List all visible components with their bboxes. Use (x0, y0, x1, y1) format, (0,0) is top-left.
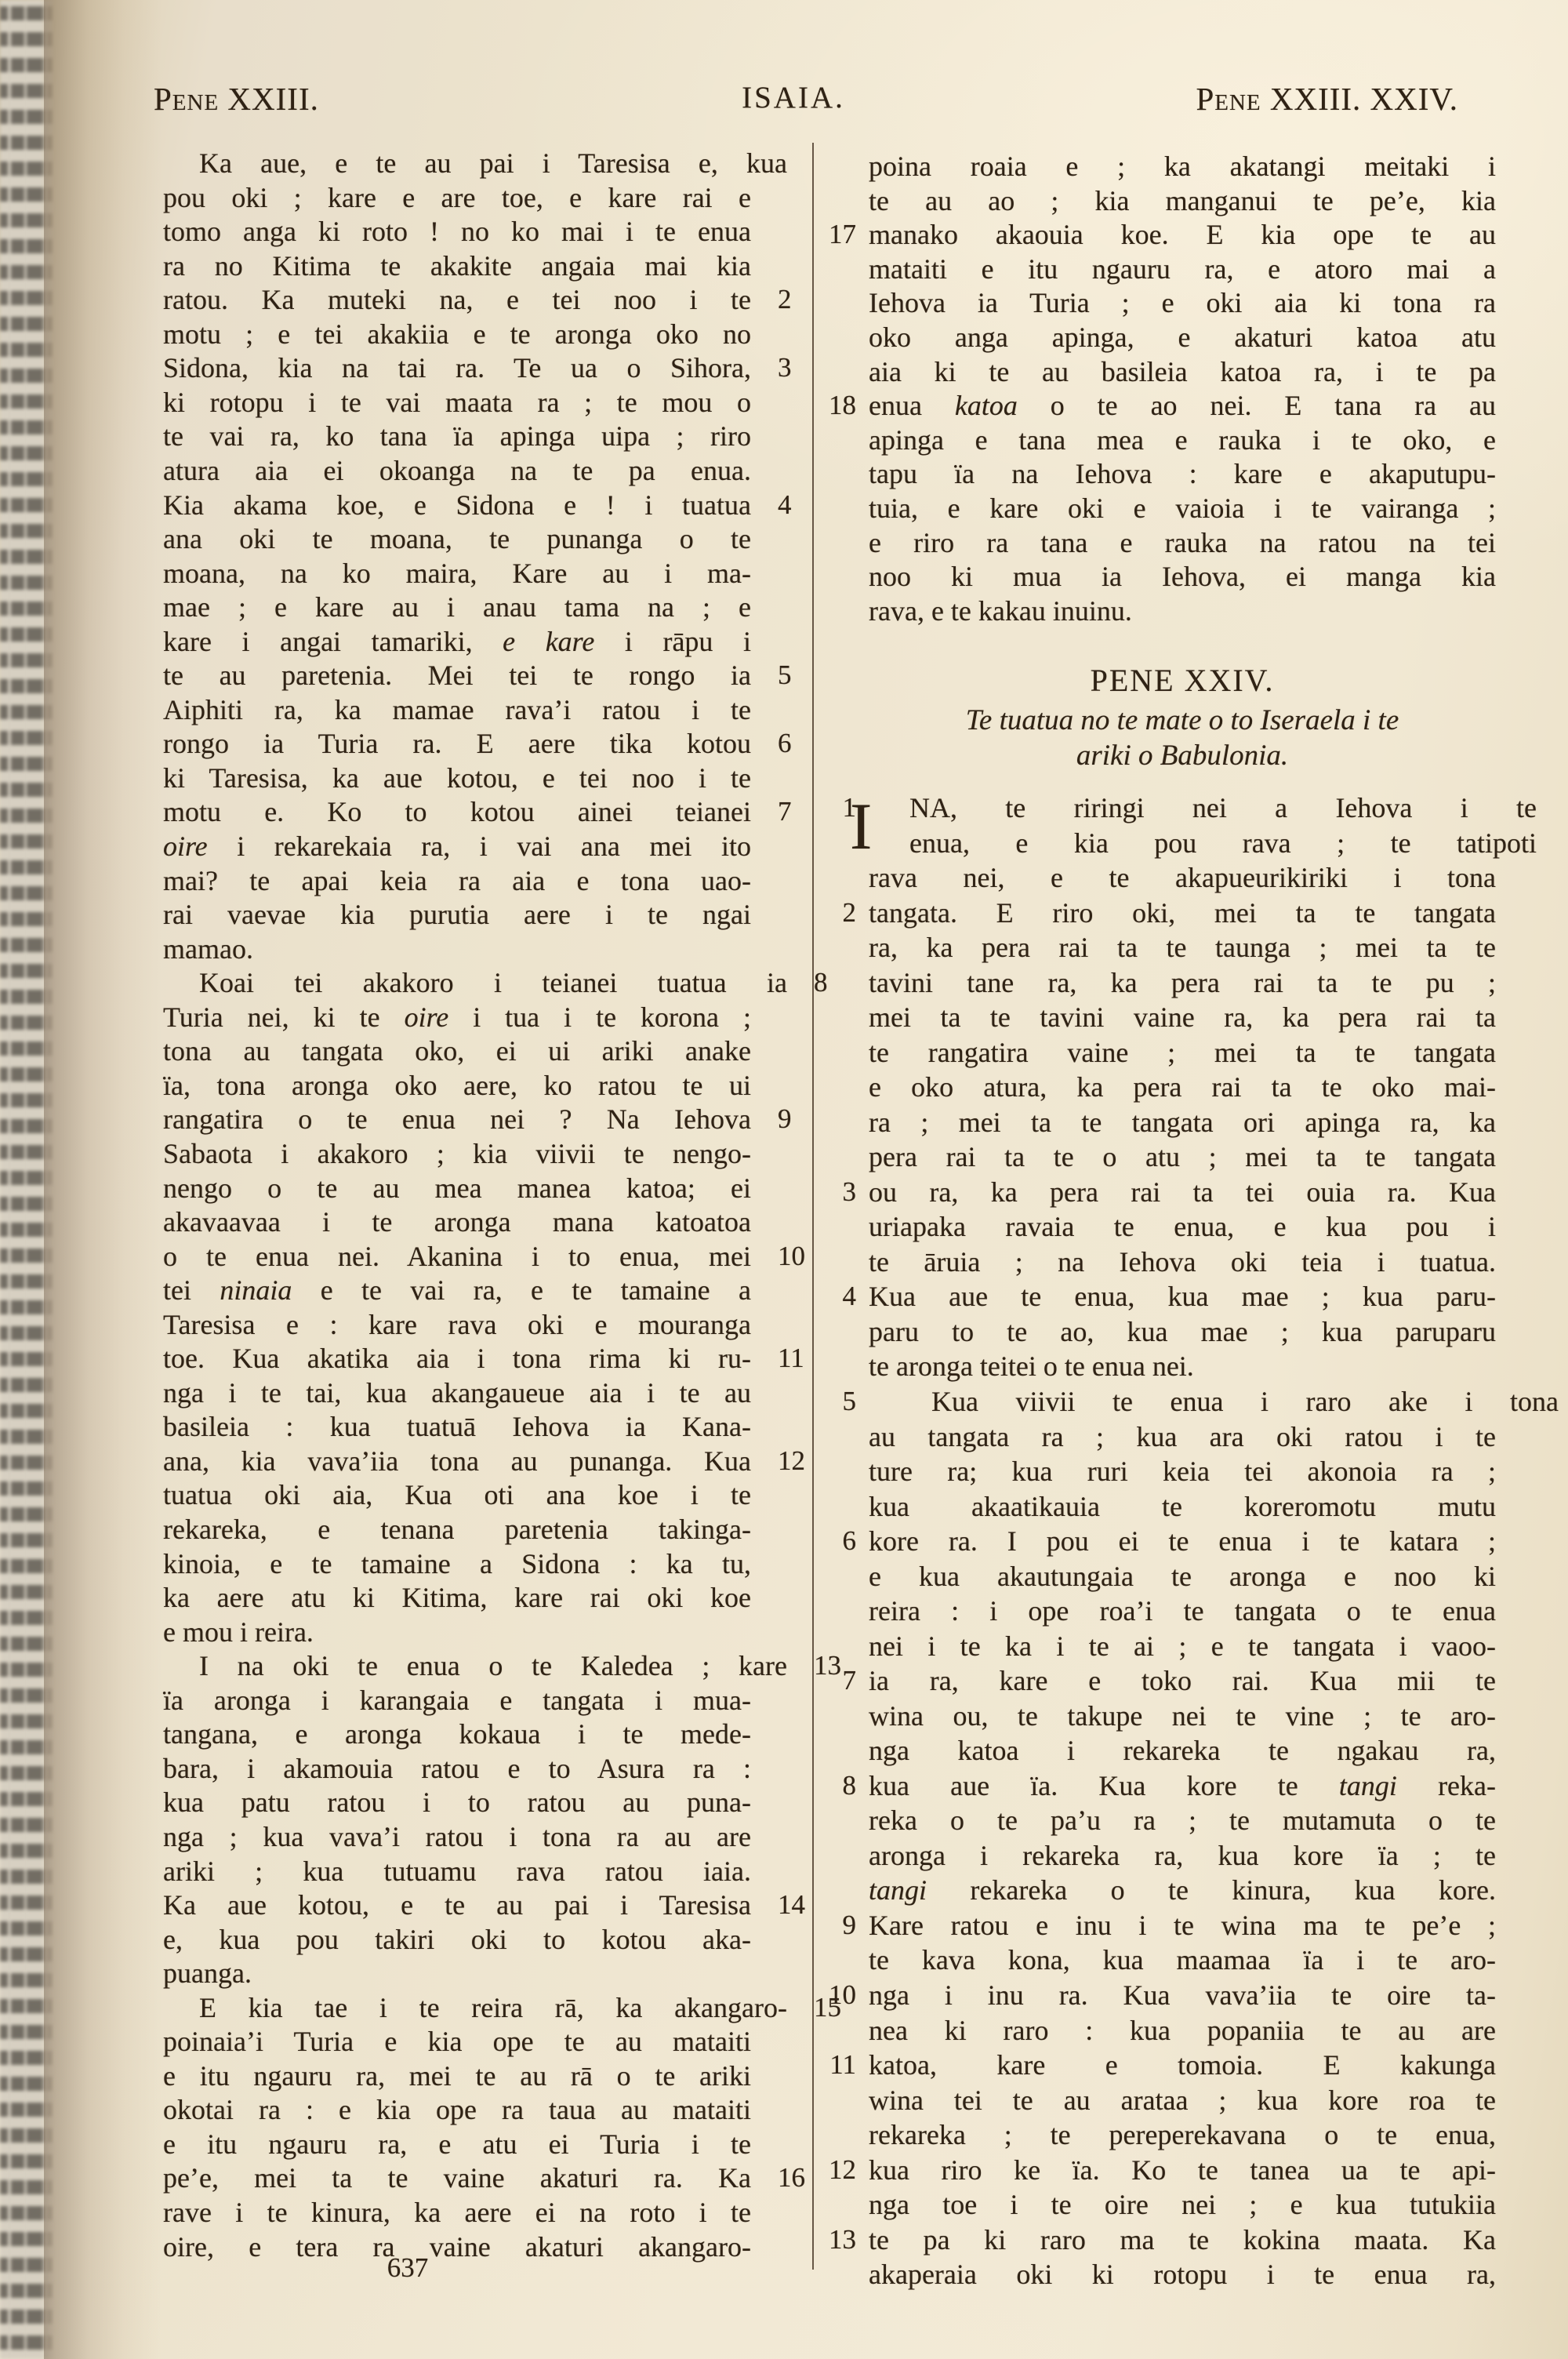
text-line: mai? te apai keia ra aia e tona uao- (163, 863, 751, 899)
body-text: mamao. (163, 933, 253, 965)
running-header-title: ISAIA. (742, 80, 845, 115)
body-text: e, kua pou takiri oki to kotou aka- (163, 1924, 751, 1955)
gutter-shadow (44, 0, 162, 2359)
body-text: e te vai ra, e te tamaine a (292, 1274, 751, 1306)
italic-text: oire (405, 1001, 449, 1033)
verse-number: 11 (778, 1341, 804, 1376)
body-text: o te ao nei. E tana ra au (1018, 390, 1496, 421)
body-text: te āruia ; na Iehova oki teia i tuatua. (869, 1246, 1496, 1278)
text-line: te kava kona, kua maamaa ïa i te aro- (869, 1943, 1496, 1978)
body-text: i rāpu i (594, 626, 751, 657)
text-line: poina roaia e ; ka akatangi meitaki i (869, 149, 1496, 184)
body-text: e mou i reira. (163, 1616, 314, 1648)
text-line: Ka aue, e te au pai i Taresisa e, kua (163, 146, 787, 181)
verse-number: 10 (829, 1978, 856, 2012)
body-text: te kava kona, kua maamaa ïa i te aro- (869, 1944, 1496, 1976)
body-text: manako akaouia koe. E kia ope te au (869, 219, 1496, 250)
body-text: rekareka ; te pereperekavana o te enua, (869, 2119, 1496, 2150)
body-text: Kare ratou e inu i te wina ma te pe’e ; (869, 1910, 1496, 1941)
body-text: oko anga apinga, e akaturi katoa atu (869, 322, 1496, 353)
column-right: PENE XXIV. Te tuatua no te mate o to Ise… (869, 0, 1496, 2359)
body-text: enua, e kia pou rava ; te tatipoti (909, 827, 1537, 859)
verse-number: 10 (778, 1239, 805, 1274)
text-line: te rangatira vaine ; mei ta te tangata (869, 1035, 1496, 1070)
text-line: 9rangatira o te enua nei ? Na Iehova (163, 1102, 751, 1137)
text-line: nei i te ka i te ai ; e te tangata i vao… (869, 1629, 1496, 1664)
body-text: tona au tangata oko, ei ui ariki anake (163, 1035, 751, 1067)
text-line: wina ou, te takupe nei te vine ; te aro- (869, 1699, 1496, 1734)
body-text: moana, na ko maira, Kare au i ma- (163, 558, 751, 589)
text-line: reka o te pa’u ra ; te mutamuta o te (869, 1803, 1496, 1838)
verse-number: 3 (843, 1175, 857, 1209)
body-text: nei i te ka i te ai ; e te tangata i vao… (869, 1630, 1496, 1662)
body-text: NA, te riringi nei a Iehova i te (909, 792, 1537, 823)
body-text: nga ; kua vava’i ratou i tona ra au are (163, 1821, 751, 1852)
verse-number: 17 (829, 217, 856, 252)
body-text: tapu ïa na Iehova : kare e akaputupu- (869, 458, 1496, 489)
body-text: nga toe i te oire nei ; e kua tutukiia (869, 2189, 1496, 2220)
text-line: 13I na oki te enua o te Kaledea ; kare (163, 1648, 787, 1684)
text-line: atura aia ei okoanga na te pa enua. (163, 453, 751, 489)
text-line: noo ki mua ia Iehova, ei manga kia (869, 559, 1496, 594)
text-line: 11katoa, kare e tomoia. E kakunga (869, 2048, 1496, 2083)
text-line: kinoia, e te tamaine a Sidona : ka tu, (163, 1547, 751, 1582)
body-text: akaperaia oki ki rotopu i te enua ra, (869, 2259, 1496, 2290)
body-text: reka- (1397, 1770, 1496, 1801)
text-line: 16pe’e, mei ta te vaine akaturi ra. Ka (163, 2161, 751, 2196)
body-text: Taresisa e : kare rava oki e mouranga (163, 1309, 751, 1340)
verse-number: 16 (778, 2161, 805, 2195)
text-line: 8kua aue ïa. Kua kore te tangi reka- (869, 1768, 1496, 1804)
body-text: katoa, kare e tomoia. E kakunga (869, 2049, 1496, 2081)
text-line: 7motu e. Ko to kotou ainei teianei (163, 794, 751, 830)
text-line: 2ratou. Ka muteki na, e tei noo i te (163, 282, 751, 318)
text-line: 5Kua viivii te enua i raro ake i tona (869, 1384, 1559, 1419)
text-line: mei ta te tavini vaine ra, ka pera rai t… (869, 1000, 1496, 1035)
text-line: e mou i reira. (163, 1615, 751, 1650)
body-text: Kia akama koe, e Sidona e ! i tuatua (163, 489, 751, 521)
text-line: 13te pa ki raro ma te kokina maata. Ka (869, 2223, 1496, 2258)
body-text: ariki ; kua tutuamu rava ratou iaia. (163, 1856, 751, 1887)
verse-number: 2 (843, 896, 857, 930)
text-line: 5te au paretenia. Mei tei te rongo ia (163, 658, 751, 693)
body-text: ïa, tona aronga oko aere, ko ratou te ui (163, 1070, 751, 1101)
text-line: rai vaevae kia purutia aere i te ngai (163, 897, 751, 932)
text-line: te aronga teitei o te enua nei. (869, 1349, 1496, 1384)
body-text: nengo o te au mea manea katoa; ei (163, 1172, 751, 1204)
text-line: I1NA, te riringi nei a Iehova i te (869, 791, 1537, 826)
text-line: 6kore ra. I pou ei te enua i te katara ; (869, 1524, 1496, 1559)
body-text: ia ra, kare e toko rai. Kua mii te (869, 1665, 1496, 1696)
text-line: moana, na ko maira, Kare au i ma- (163, 556, 751, 591)
text-line: apinga e tana mea e rauka i te oko, e (869, 423, 1496, 458)
text-line: te āruia ; na Iehova oki teia i tuatua. (869, 1245, 1496, 1280)
text-line: wina tei te au arataa ; kua kore roa te (869, 2083, 1496, 2118)
verse-number: 8 (814, 965, 828, 1000)
text-line: rava, e te kakau inuinu. (869, 594, 1496, 629)
column-divider-rule (812, 143, 814, 2270)
body-text: ture ra; kua ruri keia tei akonoia ra ; (869, 1456, 1496, 1487)
text-line: basileia : kua tuatuā Iehova ia Kana- (163, 1409, 751, 1445)
text-line: 3ou ra, ka pera rai ta tei ouia ra. Kua (869, 1175, 1496, 1210)
body-text: toe. Kua akatika aia i tona rima ki ru- (163, 1343, 751, 1374)
text-line: mataiti e itu ngauru ra, e atoro mai a (869, 252, 1496, 287)
text-line: tavini tane ra, ka pera rai ta te pu ; (869, 965, 1496, 1001)
chapter-heading: PENE XXIV. (869, 662, 1496, 699)
body-text: kare i angai tamariki, (163, 626, 503, 657)
text-line: poinaia’i Turia e kia ope te au mataiti (163, 2024, 751, 2059)
text-line: ki Taresisa, ka aue kotou, e tei noo i t… (163, 761, 751, 796)
body-text: tuia, e kare oki e vaioia i te vairanga … (869, 493, 1496, 524)
text-line: nea ki raro : kua popaniia te au are (869, 2013, 1496, 2048)
text-line: rekareka ; te pereperekavana o te enua, (869, 2117, 1496, 2153)
text-line: e, kua pou takiri oki to kotou aka- (163, 1922, 751, 1957)
verse-number: 12 (778, 1444, 805, 1478)
text-line: paru to te ao, kua mae ; kua paruparu (869, 1314, 1496, 1350)
text-line: bara, i akamouia ratou e to Asura ra : (163, 1751, 751, 1787)
body-text: Iehova ia Turia ; e oki aia ki tona ra (869, 287, 1496, 318)
text-line: nga toe i te oire nei ; e kua tutukiia (869, 2187, 1496, 2223)
body-text: motu e. Ko to kotou ainei teianei (163, 796, 751, 827)
text-line: tomo anga ki roto ! no ko mai i te enua (163, 214, 751, 249)
text-line: e kua akautungaia te aronga e noo ki (869, 1559, 1496, 1594)
body-text: poinaia’i Turia e kia ope te au mataiti (163, 2026, 751, 2057)
verse-number: 2 (778, 282, 792, 317)
text-line: puanga. (163, 1956, 751, 1991)
verse-number: 7 (778, 794, 792, 829)
body-text: I na oki te enua o te Kaledea ; kare (199, 1650, 787, 1681)
body-text: puanga. (163, 1957, 252, 1989)
body-text: aia ki te au basileia katoa ra, i te pa (869, 356, 1496, 387)
text-line: oire i rekarekaia ra, i vai ana mei ito (163, 829, 751, 864)
body-text: tavini tane ra, ka pera rai ta te pu ; (869, 967, 1496, 998)
verse-number: 9 (778, 1102, 792, 1136)
text-line: te vai ra, ko tana ïa apinga uipa ; riro (163, 419, 751, 454)
text-line: pera rai ta te o atu ; mei ta te tangata (869, 1140, 1496, 1175)
text-line: 6rongo ia Turia ra. E aere tika kotou (163, 726, 751, 761)
text-line: rekareka, e tenana paretenia takinga- (163, 1512, 751, 1547)
verse-number: 3 (778, 351, 792, 385)
body-text: paru to te ao, kua mae ; kua paruparu (869, 1316, 1496, 1347)
text-line: 4Kia akama koe, e Sidona e ! i tuatua (163, 488, 751, 523)
text-line: enua, e kia pou rava ; te tatipoti (869, 826, 1537, 861)
text-line: e riro ra tana e rauka na ratou na tei (869, 525, 1496, 561)
body-text: aronga i rekareka ra, kua kore ïa ; te (869, 1840, 1496, 1871)
body-text: nga i te tai, kua akangaueue aia i te au (163, 1377, 751, 1408)
text-line: Turia nei, ki te oire i tua i te korona … (163, 1000, 751, 1035)
body-text: o te enua nei. Akanina i to enua, mei (163, 1241, 751, 1272)
text-line: mamao. (163, 932, 751, 967)
body-text: ra no Kitima te akakite angaia mai kia (163, 250, 751, 282)
body-text: E kia tae i te reira rā, ka akangaro- (199, 1992, 787, 2023)
body-text: mei ta te tavini vaine ra, ka pera rai t… (869, 1001, 1496, 1033)
text-line: tangi rekareka o te kinura, kua kore. (869, 1873, 1496, 1908)
text-line: Sabaota i akakoro ; kia viivii te nengo- (163, 1136, 751, 1172)
body-text: Ka aue kotou, e te au pai i Taresisa (163, 1889, 751, 1921)
text-line: 2tangata. E riro oki, mei ta te tangata (869, 896, 1496, 931)
text-line: 9Kare ratou e inu i te wina ma te pe’e ; (869, 1908, 1496, 1943)
body-text: reira : i ope roa’i te tangata o te enua (869, 1595, 1496, 1627)
text-line: ra no Kitima te akakite angaia mai kia (163, 249, 751, 284)
text-line: 10nga i inu ra. Kua vava’iia te oire ta- (869, 1978, 1496, 2013)
body-text: ratou. Ka muteki na, e tei noo i te (163, 284, 751, 315)
body-text: atura aia ei okoanga na te pa enua. (163, 455, 751, 486)
book-page-scan: { "colors": { "ink": "#2f2214", "paper":… (0, 0, 1568, 2359)
text-line: Aiphiti ra, ka mamae rava’i ratou i te (163, 692, 751, 728)
text-line: 3Sidona, kia na tai ra. Te ua o Sihora, (163, 351, 751, 386)
text-line: ïa aronga i karangaia e tangata i mua- (163, 1683, 751, 1718)
verse-number: 7 (843, 1663, 857, 1698)
verse-number: 6 (778, 726, 792, 761)
body-text: kua riro ke ïa. Ko te tanea ua te api- (869, 2154, 1496, 2186)
body-text: okotai ra : e kia ope ra taua au mataiti (163, 2094, 751, 2125)
text-line: tei ninaia e te vai ra, e te tamaine a (163, 1273, 751, 1308)
text-line: tuatua oki aia, Kua oti ana koe i te (163, 1478, 751, 1513)
italic-text: ninaia (220, 1274, 292, 1306)
body-text: nga i inu ra. Kua vava’iia te oire ta- (869, 1979, 1496, 2011)
body-text: ki rotopu i te vai maata ra ; te mou o (163, 387, 751, 418)
text-line: e oko atura, ka pera rai ta te oko mai- (869, 1070, 1496, 1105)
text-line: ture ra; kua ruri keia tei akonoia ra ; (869, 1454, 1496, 1489)
body-text: tomo anga ki roto ! no ko mai i te enua (163, 216, 751, 247)
text-line: rava nei, e te akapueurikiriki i tona (869, 860, 1496, 896)
text-line: tona au tangata oko, ei ui ariki anake (163, 1034, 751, 1069)
body-text: mai? te apai keia ra aia e tona uao- (163, 865, 751, 896)
body-text: uriapaka ravaia te enua, e kua pou i (869, 1211, 1496, 1242)
body-text: te vai ra, ko tana ïa apinga uipa ; riro (163, 420, 751, 452)
body-text: pe’e, mei ta te vaine akaturi ra. Ka (163, 2162, 751, 2194)
text-line: 11toe. Kua akatika aia i tona rima ki ru… (163, 1341, 751, 1376)
body-text: Kua viivii te enua i raro ake i tona (931, 1386, 1559, 1417)
text-line: 17manako akaouia koe. E kia ope te au (869, 217, 1496, 253)
body-text: e oko atura, ka pera rai ta te oko mai- (869, 1071, 1496, 1103)
body-text: ou ra, ka pera rai ta tei ouia ra. Kua (869, 1176, 1496, 1208)
text-line: aia ki te au basileia katoa ra, i te pa (869, 354, 1496, 390)
body-text: ra ; mei ta te tangata ori apinga ra, ka (869, 1107, 1496, 1138)
body-text: rongo ia Turia ra. E aere tika kotou (163, 728, 751, 759)
text-line: 10o te enua nei. Akanina i to enua, mei (163, 1239, 751, 1274)
body-text: reka o te pa’u ra ; te mutamuta o te (869, 1805, 1496, 1836)
body-text: tei (163, 1274, 220, 1306)
text-line: ka aere atu ki Kitima, kare rai oki koe (163, 1580, 751, 1616)
text-line: nga ; kua vava’i ratou i tona ra au are (163, 1819, 751, 1855)
body-text: te rangatira vaine ; mei ta te tangata (869, 1037, 1496, 1068)
text-line: te au ao ; kia manganui te pe’e, kia (869, 184, 1496, 219)
body-text: Sabaota i akakoro ; kia viivii te nengo- (163, 1138, 751, 1169)
text-line: rave i te kinura, ka aere ei na roto i t… (163, 2195, 751, 2230)
verse-number: 4 (778, 488, 792, 522)
body-text: kua akaatikauia te koreromotu mutu (869, 1491, 1496, 1522)
body-text: Kua aue te enua, kua mae ; kua paru- (869, 1281, 1496, 1312)
text-line: Taresisa e : kare rava oki e mouranga (163, 1307, 751, 1343)
body-text: te au paretenia. Mei tei te rongo ia (163, 660, 751, 691)
text-line: ra ; mei ta te tangata ori apinga ra, ka (869, 1105, 1496, 1140)
verse-number: 1 (843, 791, 857, 825)
body-text: rangatira o te enua nei ? Na Iehova (163, 1103, 751, 1135)
body-text: tangata. E riro oki, mei ta te tangata (869, 897, 1496, 929)
italic-text: tangi (1339, 1770, 1397, 1801)
text-line: nga katoa i rekareka te ngakau ra, (869, 1733, 1496, 1768)
verse-number: 11 (829, 2048, 856, 2082)
italic-text: tangi (869, 1874, 927, 1906)
body-text: motu ; e tei akakiia e te aronga oko no (163, 318, 751, 350)
text-line: tangana, e aronga kokaua i te mede- (163, 1717, 751, 1752)
body-text: i rekarekaia ra, i vai ana mei ito (208, 831, 751, 862)
body-text: rave i te kinura, ka aere ei na roto i t… (163, 2197, 751, 2228)
body-text: tuatua oki aia, Kua oti ana koe i te (163, 1479, 751, 1510)
verse-number: 4 (843, 1279, 857, 1314)
text-line: ïa, tona aronga oko aere, ko ratou te ui (163, 1068, 751, 1103)
body-text: kore ra. I pou ei te enua i te katara ; (869, 1525, 1496, 1557)
page-number: 637 (387, 2252, 429, 2284)
text-line: au tangata ra ; kua ara oki ratou i te (869, 1419, 1496, 1455)
body-text: ana, kia vava’iia tona au punanga. Kua (163, 1445, 751, 1477)
body-text: te pa ki raro ma te kokina maata. Ka (869, 2224, 1496, 2255)
body-text: basileia : kua tuatuā Iehova ia Kana- (163, 1411, 751, 1442)
text-line: nengo o te au mea manea katoa; ei (163, 1171, 751, 1206)
verse-number: 8 (843, 1768, 857, 1803)
text-line: e itu ngauru ra, mei te au rā o te ariki (163, 2059, 751, 2094)
verse-number: 9 (843, 1908, 857, 1943)
body-text: oire, e tera ra vaine akaturi akangaro- (163, 2231, 751, 2263)
text-line: 7ia ra, kare e toko rai. Kua mii te (869, 1663, 1496, 1699)
text-line: ana oki te moana, te punanga o te (163, 522, 751, 557)
text-line: kare i angai tamariki, e kare i rāpu i (163, 624, 751, 660)
body-text: Turia nei, ki te (163, 1001, 405, 1033)
text-line: ariki ; kua tutuamu rava ratou iaia. (163, 1854, 751, 1889)
text-line: tapu ïa na Iehova : kare e akaputupu- (869, 456, 1496, 492)
body-text: rekareka o te kinura, kua kore. (927, 1874, 1496, 1906)
text-line: kua patu ratou i to ratou au puna- (163, 1785, 751, 1820)
body-text: ra, ka pera rai ta te taunga ; mei ta te (869, 932, 1496, 963)
verse-number: 12 (829, 2153, 856, 2187)
body-text: wina tei te au arataa ; kua kore roa te (869, 2085, 1496, 2116)
chapter-subtitle-line: Te tuatua no te mate o to Iseraela i te (869, 703, 1496, 738)
body-text: e itu ngauru ra, e atu ei Turia i te (163, 2128, 751, 2160)
italic-text: e kare (503, 626, 594, 657)
body-text: wina ou, te takupe nei te vine ; te aro- (869, 1700, 1496, 1732)
text-line: nga i te tai, kua akangaueue aia i te au (163, 1376, 751, 1411)
chapter-subtitle-line: ariki o Babulonia. (869, 739, 1496, 773)
body-text: rava nei, e te akapueurikiriki i tona (869, 862, 1496, 893)
text-line: mae ; e kare au i anau tama na ; e (163, 590, 751, 625)
text-line: ra, ka pera rai ta te taunga ; mei ta te (869, 930, 1496, 965)
body-text: Koai tei akakoro i teianei tuatua ia (199, 967, 787, 998)
text-line: 18enua katoa o te ao nei. E tana ra au (869, 388, 1496, 423)
verse-number: 5 (778, 658, 792, 692)
column-left: Ka aue, e te au pai i Taresisa e, kuapou… (163, 0, 751, 2359)
body-text: au tangata ra ; kua ara oki ratou i te (869, 1421, 1496, 1452)
text-line: okotai ra : e kia ope ra taua au mataiti (163, 2092, 751, 2128)
text-line: motu ; e tei akakiia e te aronga oko no (163, 317, 751, 352)
text-line: aronga i rekareka ra, kua kore ïa ; te (869, 1838, 1496, 1874)
body-text: rekareka, e tenana paretenia takinga- (163, 1514, 751, 1545)
text-line: e itu ngauru ra, e atu ei Turia i te (163, 2127, 751, 2162)
text-line: 4Kua aue te enua, kua mae ; kua paru- (869, 1279, 1496, 1314)
body-text: bara, i akamouia ratou e to Asura ra : (163, 1753, 751, 1784)
text-line: oire, e tera ra vaine akaturi akangaro- (163, 2230, 751, 2265)
body-text: te aronga teitei o te enua nei. (869, 1350, 1194, 1382)
body-text: apinga e tana mea e rauka i te oko, e (869, 424, 1496, 456)
text-line: 14Ka aue kotou, e te au pai i Taresisa (163, 1888, 751, 1923)
body-text: Aiphiti ra, ka mamae rava’i ratou i te (163, 694, 751, 725)
body-text: akavaavaa i te aronga mana katoatoa (163, 1206, 751, 1238)
body-text: tangana, e aronga kokaua i te mede- (163, 1718, 751, 1750)
body-text: e kua akautungaia te aronga e noo ki (869, 1561, 1496, 1592)
verse-number: 5 (843, 1384, 857, 1419)
text-line: tuia, e kare oki e vaioia i te vairanga … (869, 491, 1496, 526)
text-line: pou oki ; kare e are toe, e kare rai e (163, 180, 751, 216)
text-line: Iehova ia Turia ; e oki aia ki tona ra (869, 285, 1496, 321)
body-text: mataiti e itu ngauru ra, e atoro mai a (869, 253, 1496, 285)
text-line: 15E kia tae i te reira rā, ka akangaro- (163, 1990, 787, 2026)
body-text: kinoia, e te tamaine a Sidona : ka tu, (163, 1548, 751, 1579)
text-line: 12kua riro ke ïa. Ko te tanea ua te api- (869, 2153, 1496, 2188)
body-text: e itu ngauru ra, mei te au rā o te ariki (163, 2060, 751, 2092)
body-text: kua patu ratou i to ratou au puna- (163, 1787, 751, 1818)
body-text: noo ki mua ia Iehova, ei manga kia (869, 561, 1496, 592)
body-text: ki Taresisa, ka aue kotou, e tei noo i t… (163, 762, 751, 794)
body-text: e riro ra tana e rauka na ratou na tei (869, 527, 1496, 558)
body-text: i tua i te korona ; (448, 1001, 751, 1033)
text-line: oko anga apinga, e akaturi katoa atu (869, 320, 1496, 355)
text-line: akavaavaa i te aronga mana katoatoa (163, 1205, 751, 1240)
text-line: reira : i ope roa’i te tangata o te enua (869, 1594, 1496, 1629)
body-text: rava, e te kakau inuinu. (869, 595, 1132, 627)
verse-number: 18 (829, 388, 856, 423)
body-text: poina roaia e ; ka akatangi meitaki i (869, 151, 1496, 182)
verse-number: 13 (829, 2223, 856, 2257)
text-line: 8Koai tei akakoro i teianei tuatua ia (163, 965, 787, 1001)
text-line: kua akaatikauia te koreromotu mutu (869, 1489, 1496, 1525)
verse-number: 13 (814, 1648, 841, 1683)
italic-text: katoa (955, 390, 1018, 421)
text-line: uriapaka ravaia te enua, e kua pou i (869, 1209, 1496, 1245)
body-text: pou oki ; kare e are toe, e kare rai e (163, 182, 751, 213)
body-text: ana oki te moana, te punanga o te (163, 523, 751, 554)
text-line: ki rotopu i te vai maata ra ; te mou o (163, 385, 751, 420)
body-text: ka aere atu ki Kitima, kare rai oki koe (163, 1582, 751, 1613)
text-line: 12ana, kia vava’iia tona au punanga. Kua (163, 1444, 751, 1479)
body-text: mae ; e kare au i anau tama na ; e (163, 591, 751, 623)
body-text: te au ao ; kia manganui te pe’e, kia (869, 185, 1496, 216)
body-text: nea ki raro : kua popaniia te au are (869, 2015, 1496, 2046)
body-text: enua (869, 390, 955, 421)
verse-number: 14 (778, 1888, 805, 1922)
body-text: pera rai ta te o atu ; mei ta te tangata (869, 1141, 1496, 1172)
body-text: nga katoa i rekareka te ngakau ra, (869, 1735, 1496, 1766)
body-text: Ka aue, e te au pai i Taresisa e, kua (199, 147, 787, 179)
body-text: ïa aronga i karangaia e tangata i mua- (163, 1685, 751, 1716)
italic-text: oire (163, 831, 208, 862)
body-text: Sidona, kia na tai ra. Te ua o Sihora, (163, 352, 751, 383)
body-text: kua aue ïa. Kua kore te (869, 1770, 1339, 1801)
verse-number: 6 (843, 1524, 857, 1558)
body-text: rai vaevae kia purutia aere i te ngai (163, 899, 751, 930)
text-line: akaperaia oki ki rotopu i te enua ra, (869, 2257, 1496, 2292)
